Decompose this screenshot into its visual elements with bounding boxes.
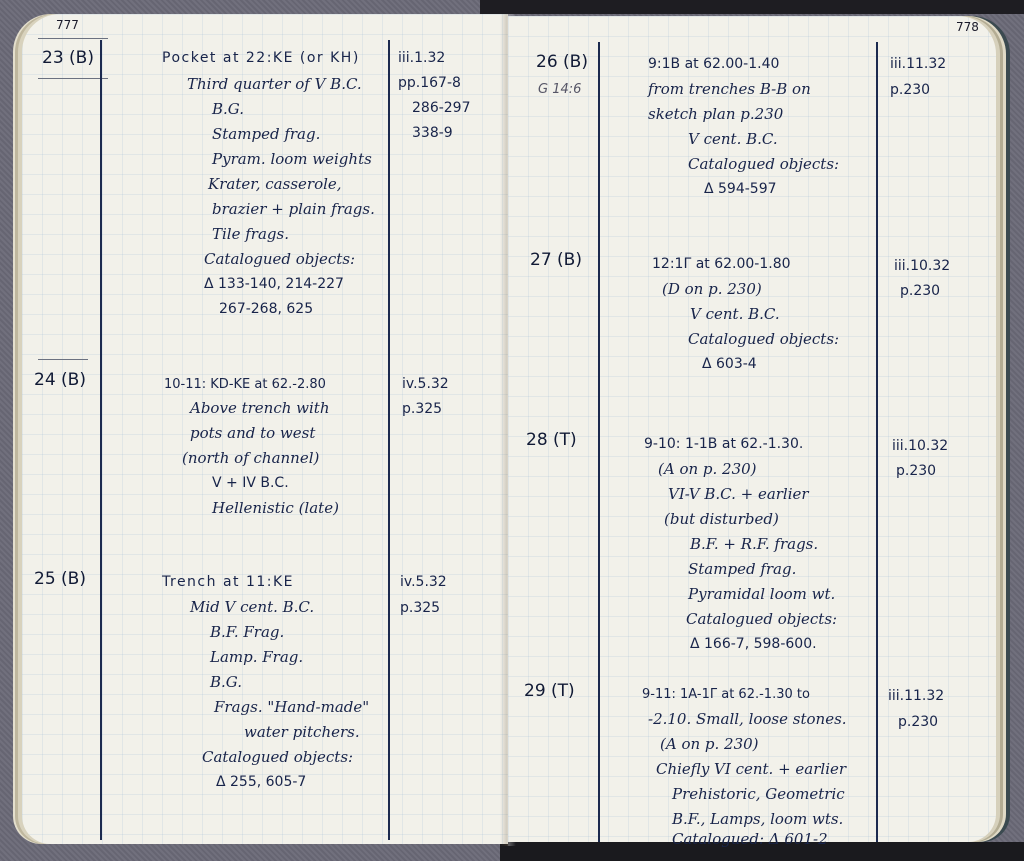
catalogue-numbers: Δ 603-4 <box>702 352 757 377</box>
reference-date: iii.1.32 <box>398 46 445 71</box>
entry-location: 9-11: 1A-1Γ at 62.-1.30 to <box>642 682 810 707</box>
catalogue-numbers: Δ 255, 605-7 <box>216 770 306 795</box>
header-underline <box>38 38 108 39</box>
pencil-note: G 14:6 <box>538 82 581 97</box>
entry-id: 23 (B) <box>42 46 94 71</box>
page-number: 778 <box>956 20 979 34</box>
reference-date: iv.5.32 <box>400 570 447 595</box>
entry-location: 12:1Γ at 62.00-1.80 <box>652 252 791 277</box>
entry-line: Stamped frag. <box>212 122 320 147</box>
entry-location: 9:1B at 62.00-1.40 <box>648 52 779 77</box>
catalogue-numbers: Δ 133-140, 214-227 <box>204 272 344 297</box>
column-rule-right <box>388 40 390 840</box>
entry-line: Tile frags. <box>212 222 289 247</box>
entry-line: Mid V cent. B.C. <box>190 595 314 620</box>
entry-line: Krater, casserole, <box>208 172 342 197</box>
entry-line: Catalogued objects: <box>202 745 353 770</box>
entry-dating: VI-V B.C. + earlier <box>668 482 809 507</box>
entry-location: Pocket at 22:KE (or KH) <box>162 46 360 71</box>
entry-id: 26 (B) <box>536 50 588 75</box>
entry-line: Stamped frag. <box>688 557 796 582</box>
entry-underline <box>38 359 88 360</box>
entry-line: Third quarter of V B.C. <box>187 72 362 97</box>
entry-line: Frags. "Hand-made" <box>214 695 369 720</box>
entry-line: from trenches B-B on <box>648 77 811 102</box>
entry-line: pots and to west <box>190 421 315 446</box>
reference-pages: p.230 <box>896 459 936 484</box>
entry-line: (north of channel) <box>182 446 319 471</box>
entry-line: -2.10. Small, loose stones. <box>648 707 847 732</box>
entry-location: 9-10: 1-1B at 62.-1.30. <box>644 432 803 457</box>
page-number: 777 <box>56 18 79 32</box>
entry-line: (but disturbed) <box>664 507 779 532</box>
entry-line: Hellenistic (late) <box>212 496 339 521</box>
entry-line: Above trench with <box>190 396 329 421</box>
entry-line: Pyram. loom weights <box>212 147 372 172</box>
entry-line: Pyramidal loom wt. <box>688 582 835 607</box>
entry-line: Catalogued objects: <box>204 247 355 272</box>
entry-line: B.G. <box>212 97 244 122</box>
entry-underline <box>38 78 108 79</box>
entry-line: B.G. <box>210 670 242 695</box>
reference-pages: pp.167-8 <box>398 71 461 96</box>
entry-id: 24 (B) <box>34 368 86 393</box>
catalogue-numbers: 267-268, 625 <box>219 297 313 322</box>
reference-pages: 338-9 <box>412 121 453 146</box>
reference-pages: p.230 <box>900 279 940 304</box>
entry-location: 10-11: KD-KE at 62.-2.80 <box>164 372 326 397</box>
reference-date: iii.11.32 <box>888 684 944 709</box>
entry-line: Catalogued objects: <box>686 607 837 632</box>
reference-pages: 286-297 <box>412 96 471 121</box>
entry-id: 27 (B) <box>530 248 582 273</box>
entry-line: water pitchers. <box>244 720 360 745</box>
reference-pages: p.325 <box>402 397 442 422</box>
entry-line: Catalogued objects: <box>688 327 839 352</box>
entry-line: brazier + plain frags. <box>212 197 375 222</box>
entry-line: Lamp. Frag. <box>210 645 303 670</box>
column-rule-right <box>876 42 878 842</box>
column-rule-left <box>100 40 102 840</box>
entry-line: (A on p. 230) <box>658 457 757 482</box>
entry-line: B.F. Frag. <box>210 620 284 645</box>
entry-dating: V + IV B.C. <box>212 471 289 496</box>
entry-dating: V cent. B.C. <box>690 302 780 327</box>
entry-line: Catalogued objects: <box>688 152 839 177</box>
entry-location: Trench at 11:KE <box>162 570 294 595</box>
reference-pages: p.325 <box>400 596 440 621</box>
entry-dating: V cent. B.C. <box>688 127 778 152</box>
entry-line: Prehistoric, Geometric <box>672 782 845 807</box>
reference-date: iii.10.32 <box>892 434 948 459</box>
entry-line: B.F., Lamps, loom wts. <box>672 807 843 832</box>
entry-line: sketch plan p.230 <box>648 102 783 127</box>
right-page: 778 26 (B) G 14:6 9:1B at 62.00-1.40 fro… <box>508 16 996 842</box>
entry-id: 29 (T) <box>524 679 575 704</box>
background-shadow-top <box>480 0 1024 14</box>
entry-dating: Chiefly VI cent. + earlier <box>656 757 846 782</box>
entry-id: 25 (B) <box>34 567 86 592</box>
entry-line: (D on p. 230) <box>662 277 762 302</box>
catalogue-numbers: Δ 166-7, 598-600. <box>690 632 817 657</box>
entry-id: 28 (T) <box>526 428 577 453</box>
reference-date: iv.5.32 <box>402 372 449 397</box>
catalogue-numbers: Δ 594-597 <box>704 177 777 202</box>
reference-date: iii.11.32 <box>890 52 946 77</box>
reference-pages: p.230 <box>898 710 938 735</box>
entry-line: (A on p. 230) <box>660 732 759 757</box>
left-page: 777 23 (B) Pocket at 22:KE (or KH) Third… <box>22 14 508 844</box>
reference-pages: p.230 <box>890 78 930 103</box>
entry-line: B.F. + R.F. frags. <box>690 532 818 557</box>
reference-date: iii.10.32 <box>894 254 950 279</box>
catalogue-numbers: Catalogued: Δ 601-2 <box>672 832 828 846</box>
column-rule-left <box>598 42 600 842</box>
